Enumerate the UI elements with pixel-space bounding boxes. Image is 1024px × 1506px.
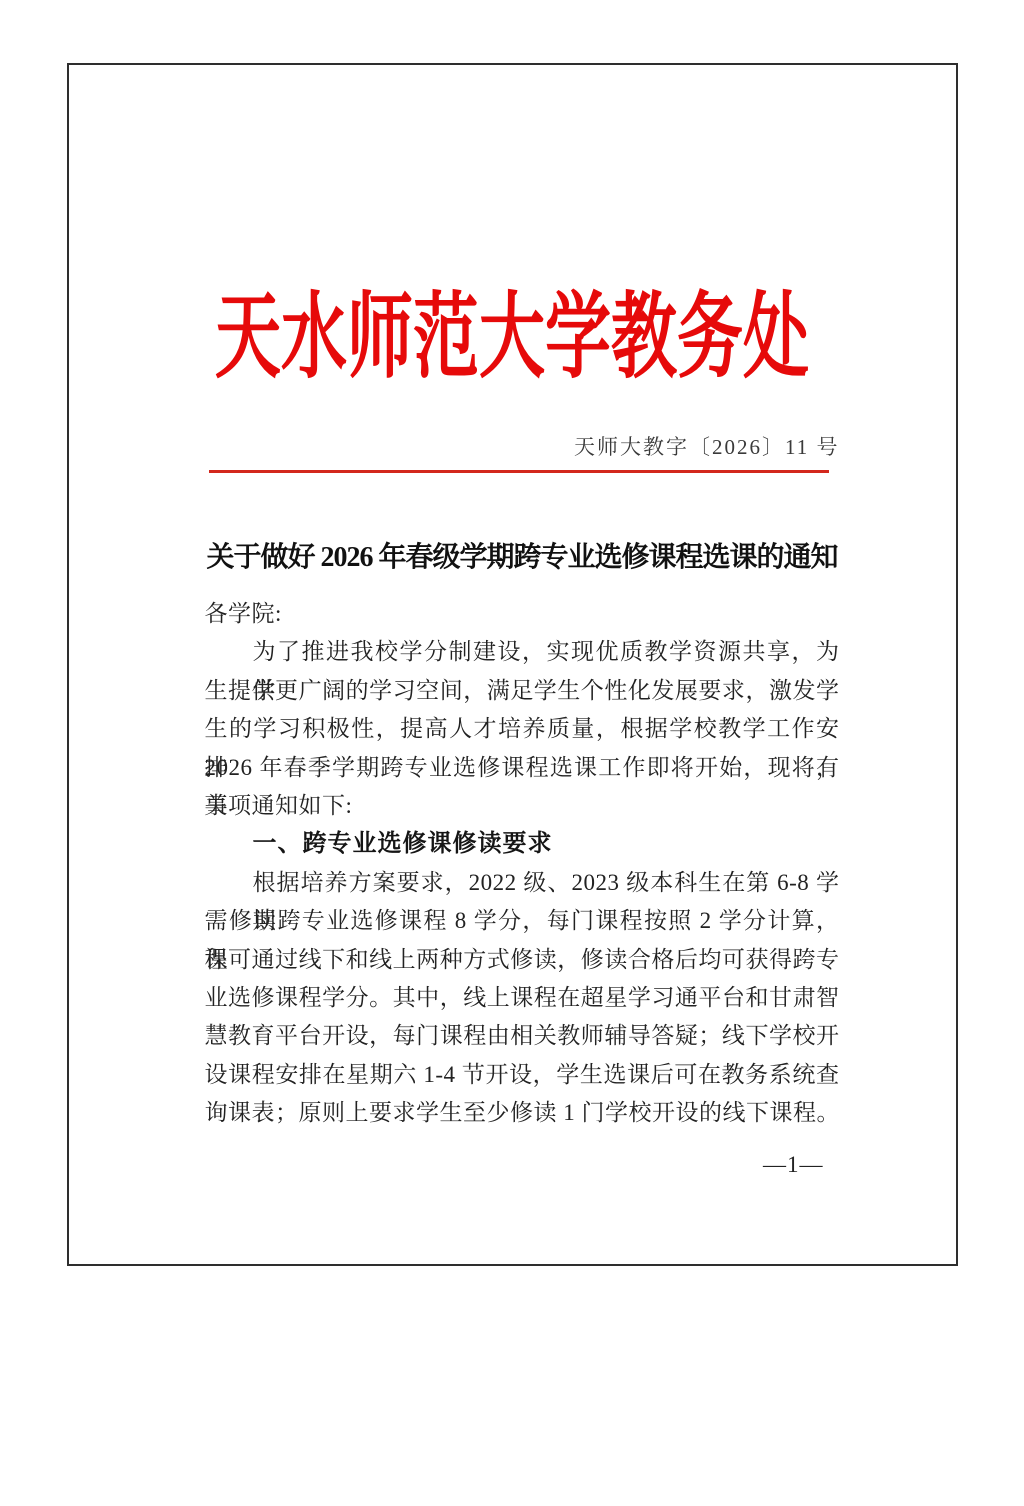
text-line: 为了推进我校学分制建设，实现优质教学资源共享，为学 — [205, 633, 840, 671]
text-line: 根据培养方案要求，2022 级、2023 级本科生在第 6-8 学期 — [205, 864, 840, 902]
text-line: 询课表；原则上要求学生至少修读 1 门学校开设的线下课程。 — [205, 1094, 840, 1132]
notice-body: 各学院: 为了推进我校学分制建设，实现优质教学资源共享，为学 生提供更广阔的学习… — [205, 595, 840, 1132]
text-line: 需修读跨专业选修课程 8 学分，每门课程按照 2 学分计算，课 — [205, 902, 840, 940]
document-content: 天师大教字〔2026〕11 号 关于做好 2026 年春级学期跨专业选修课程选课… — [205, 65, 840, 1264]
text-line: 2026 年春季学期跨专业选修课程选课工作即将开始，现将有关 — [205, 749, 840, 787]
page-number: —1— — [205, 1152, 840, 1178]
section-heading: 一、跨专业选修课修读要求 — [205, 825, 840, 863]
text-line: 生提供更广阔的学习空间，满足学生个性化发展要求，激发学 — [205, 672, 840, 710]
red-divider — [209, 470, 829, 473]
text-line: 程可通过线下和线上两种方式修读，修读合格后均可获得跨专 — [205, 941, 840, 979]
notice-title: 关于做好 2026 年春级学期跨专业选修课程选课的通知 — [195, 535, 850, 575]
text-line: 事项通知如下: — [205, 787, 840, 825]
text-line: 生的学习积极性，提高人才培养质量，根据学校教学工作安排， — [205, 710, 840, 748]
text-line: 设课程安排在星期六 1-4 节开设，学生选课后可在教务系统查 — [205, 1056, 840, 1094]
text-line: 慧教育平台开设，每门课程由相关教师辅导答疑；线下学校开 — [205, 1017, 840, 1055]
text-line: 业选修课程学分。其中，线上课程在超星学习通平台和甘肃智 — [205, 979, 840, 1017]
document-page: 天水师范大学教务处 天师大教字〔2026〕11 号 关于做好 2026 年春级学… — [67, 63, 958, 1266]
document-number: 天师大教字〔2026〕11 号 — [205, 431, 840, 461]
salutation-line: 各学院: — [205, 595, 840, 633]
